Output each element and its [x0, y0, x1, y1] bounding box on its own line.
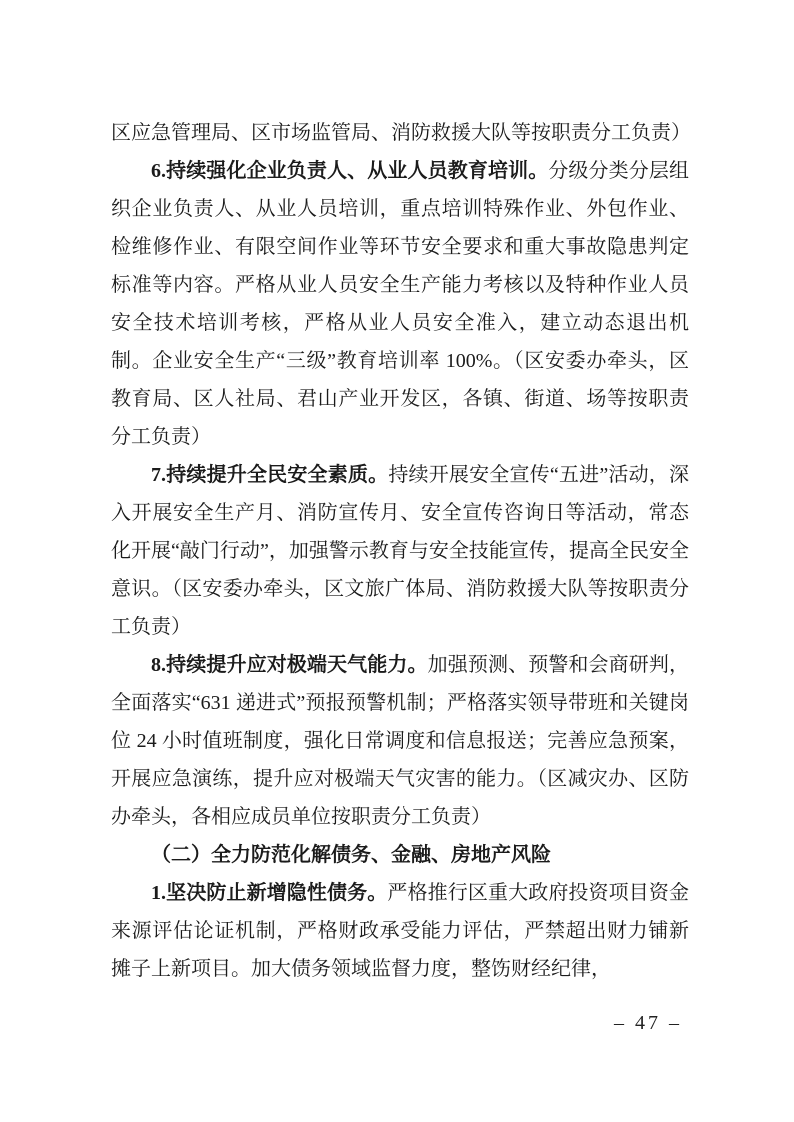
- section-heading: （二）全力防范化解债务、金融、房地产风险: [111, 836, 689, 874]
- text-run: 区应急管理局、区市场监管局、消防救援大队等按职责分工负责）: [111, 122, 691, 144]
- paragraph: 6.持续强化企业负责人、从业人员教育培训。分级分类分层组织企业负责人、从业人员培…: [111, 152, 689, 456]
- bold-text-run: 6.持续强化企业负责人、从业人员教育培训。: [151, 160, 548, 182]
- paragraph: 8.持续提升应对极端天气能力。加强预测、预警和会商研判，全面落实“631 递进式…: [111, 646, 689, 836]
- bold-text-run: 1.坚决防止新增隐性债务。: [151, 882, 387, 904]
- bold-text-run: （二）全力防范化解债务、金融、房地产风险: [151, 844, 551, 866]
- page-number: – 47 –: [614, 1009, 682, 1037]
- paragraph: 7.持续提升全民安全素质。持续开展安全宣传“五进”活动，深入开展安全生产月、消防…: [111, 456, 689, 646]
- paragraph: 区应急管理局、区市场监管局、消防救援大队等按职责分工负责）: [111, 114, 689, 152]
- paragraph: 1.坚决防止新增隐性债务。严格推行区重大政府投资项目资金来源评估论证机制，严格财…: [111, 874, 689, 988]
- bold-text-run: 7.持续提升全民安全素质。: [151, 464, 388, 486]
- text-run: 加强预测、预警和会商研判，全面落实“631 递进式”预报预警机制；严格落实领导带…: [111, 654, 689, 828]
- text-run: 持续开展安全宣传“五进”活动，深入开展安全生产月、消防宣传月、安全宣传咨询日等活…: [111, 464, 689, 638]
- document-page: 区应急管理局、区市场监管局、消防救援大队等按职责分工负责）6.持续强化企业负责人…: [0, 0, 794, 1122]
- bold-text-run: 8.持续提升应对极端天气能力。: [151, 654, 428, 676]
- text-run: 分级分类分层组织企业负责人、从业人员培训，重点培训特殊作业、外包作业、检维修作业…: [111, 160, 689, 448]
- document-body: 区应急管理局、区市场监管局、消防救援大队等按职责分工负责）6.持续强化企业负责人…: [111, 114, 689, 988]
